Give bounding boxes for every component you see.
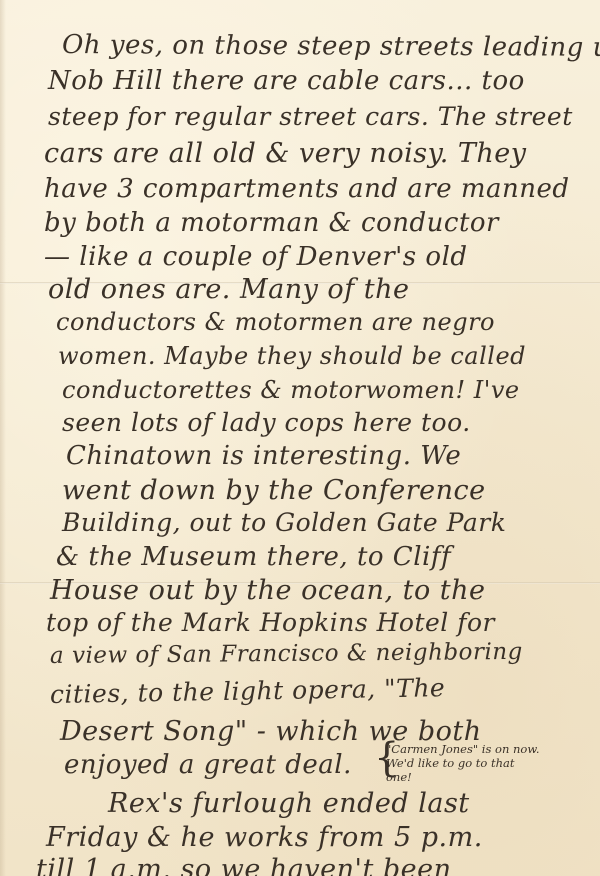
letter-line-21: Desert Song" - which we both — [60, 718, 482, 745]
letter-line-25: till 1 a.m. so we haven't been — [36, 856, 452, 876]
letter-line-9: conductors & motormen are negro — [56, 310, 495, 334]
letter-line-10: women. Maybe they should be called — [58, 344, 526, 368]
margin-note-line-3: one! — [386, 771, 412, 784]
letter-line-18: top of the Mark Hopkins Hotel for — [46, 610, 495, 635]
letter-line-8: old ones are. Many of the — [48, 276, 409, 303]
letter-line-12: seen lots of lady cops here too. — [62, 410, 471, 435]
letter-line-6: by both a motorman & conductor — [44, 210, 499, 236]
letter-line-4: cars are all old & very noisy. They — [44, 140, 527, 167]
letter-line-17: House out by the ocean, to the — [50, 577, 486, 604]
paper-edge-shadow — [0, 0, 6, 876]
letter-line-20: cities, to the light opera, "The — [50, 675, 446, 707]
letter-line-14: went down by the Conference — [62, 477, 486, 504]
letter-page: Oh yes, on those steep streets leading u… — [0, 0, 600, 876]
letter-line-5: have 3 compartments and are manned — [44, 176, 570, 202]
letter-line-23: Rex's furlough ended last — [108, 790, 470, 817]
letter-line-2: Nob Hill there are cable cars... too — [48, 68, 525, 94]
letter-line-16: & the Museum there, to Cliff — [56, 544, 451, 570]
letter-line-13: Chinatown is interesting. We — [66, 443, 461, 469]
letter-line-3: steep for regular street cars. The stree… — [48, 104, 573, 129]
letter-line-1: Oh yes, on those steep streets leading u… — [62, 32, 600, 61]
letter-line-15: Building, out to Golden Gate Park — [62, 510, 506, 535]
letter-line-11: conductorettes & motorwomen! I've — [62, 378, 520, 402]
letter-line-24: Friday & he works from 5 p.m. — [46, 824, 483, 851]
margin-note-line-2: We'd like to go to that — [386, 757, 515, 770]
letter-line-19: a view of San Francisco & neighboring — [50, 641, 523, 668]
letter-line-22: enjoyed a great deal. — [64, 752, 352, 778]
margin-note-line-1: "Carmen Jones" is on now. — [386, 743, 540, 756]
letter-line-7: — like a couple of Denver's old — [44, 244, 468, 270]
